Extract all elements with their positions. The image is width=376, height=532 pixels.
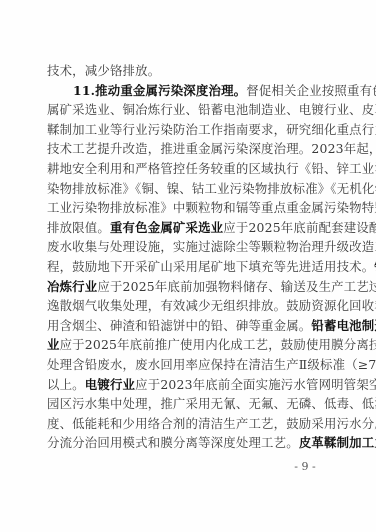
text-line: 属矿采选业、铜冶炼行业、铅蓄电池制造业、电镀行业、皮革: [47, 100, 322, 120]
body-text-span: 用含烟尘、砷渣和铅滤饼中的铅、砷等重金属。: [47, 318, 311, 333]
body-text-span: 督促相关企业按照重有色金: [246, 83, 376, 98]
body-text-span: 应于2025年底前配套建设酸性: [223, 220, 376, 235]
body-text-span: 程，鼓励地下开采矿山采用尾矿地下填充等先进适用技术。: [47, 259, 374, 274]
bold-heading-text: 重有色金属矿采选业: [110, 220, 223, 235]
text-line: 园区污水集中处理，推广采用无氰、无氟、无磷、低毒、低浓: [47, 394, 322, 414]
body-text-span: 处理含铅废水，废水回用率应保持在清洁生产Ⅱ级标准（≥70%）: [47, 357, 376, 372]
text-line: 废水收集与处理设施，实施过滤除尘等颗粒物治理升级改造工: [47, 237, 322, 257]
text-line: 用含烟尘、砷渣和铅滤饼中的铅、砷等重金属。铅蓄电池制造: [47, 316, 322, 336]
text-line: 处理含铅废水，废水回用率应保持在清洁生产Ⅱ级标准（≥70%）: [47, 355, 322, 375]
body-text-span: 以上。: [47, 377, 85, 392]
body-text-span: 染物排放标准》《铜、镍、钴工业污染物排放标准》《无机化学: [47, 181, 376, 196]
body-text-span: 工业污染物排放标准》中颗粒物和镉等重点重金属污染物特别: [47, 200, 376, 215]
text-line: 分流分治回用模式和膜分离等深度处理工艺。皮革鞣制加工业: [47, 433, 322, 453]
text-line: 以上。电镀行业应于2023年底前全面实施污水管网明管架空、: [47, 375, 322, 395]
body-text-span: 耕地安全利用和严格管控任务较重的区域执行《铅、锌工业污: [47, 161, 376, 176]
text-line: 逸散烟气收集处理，有效减少无组织排放。鼓励资源化回收利: [47, 296, 322, 316]
page-number: - 9 -: [285, 460, 325, 473]
text-line: 鞣制加工业等行业污染防治工作指南要求，研究细化重点行业: [47, 120, 322, 140]
bold-heading-text: 电镀行业: [85, 377, 135, 392]
body-text-span: 度、低能耗和少用络合剂的清洁生产工艺，鼓励采用污水分质: [47, 416, 376, 431]
body-text-span: 应于2023年底前全面实施污水管网明管架空、: [135, 377, 376, 392]
bold-heading-text: 业: [47, 337, 60, 352]
text-line: 技术，减少铬排放。: [47, 61, 322, 81]
text-line: 排放限值。重有色金属矿采选业应于2025年底前配套建设酸性: [47, 218, 322, 238]
body-text-span: 废水收集与处理设施，实施过滤除尘等颗粒物治理升级改造工: [47, 239, 376, 254]
text-line: 耕地安全利用和严格管控任务较重的区域执行《铅、锌工业污: [47, 159, 322, 179]
body-text-span: 应于2025年底前加强物料储存、输送及生产工艺过程: [97, 279, 376, 294]
bold-heading-text: 11.推动重金属污染深度治理。: [73, 83, 246, 98]
text-line: 冶炼行业应于2025年底前加强物料储存、输送及生产工艺过程: [47, 277, 322, 297]
document-page: 技术，减少铬排放。11.推动重金属污染深度治理。督促相关企业按照重有色金属矿采选…: [0, 0, 376, 532]
text-line: 工业污染物排放标准》中颗粒物和镉等重点重金属污染物特别: [47, 198, 322, 218]
bold-heading-text: 铅蓄电池制造: [311, 318, 376, 333]
text-line: 染物排放标准》《铜、镍、钴工业污染物排放标准》《无机化学: [47, 179, 322, 199]
body-text-span: 排放限值。: [47, 220, 110, 235]
body-text-span: 园区污水集中处理，推广采用无氰、无氟、无磷、低毒、低浓: [47, 396, 376, 411]
bold-heading-text: 皮革鞣制加工业: [299, 435, 376, 450]
body-text-span: 属矿采选业、铜冶炼行业、铅蓄电池制造业、电镀行业、皮革: [47, 102, 376, 117]
text-line: 度、低能耗和少用络合剂的清洁生产工艺，鼓励采用污水分质: [47, 414, 322, 434]
body-text-span: 鞣制加工业等行业污染防治工作指南要求，研究细化重点行业: [47, 122, 376, 137]
body-text-span: 技术，减少铬排放。: [47, 63, 160, 78]
body-text-span: 分流分治回用模式和膜分离等深度处理工艺。: [47, 435, 299, 450]
text-line: 程，鼓励地下开采矿山采用尾矿地下填充等先进适用技术。铜: [47, 257, 322, 277]
bold-heading-text: 冶炼行业: [47, 279, 97, 294]
text-line: 11.推动重金属污染深度治理。督促相关企业按照重有色金: [47, 81, 322, 101]
body-text-span: 应于2025年底前推广使用内化成工艺，鼓励使用膜分离技术: [60, 337, 376, 352]
body-text-span: 逸散烟气收集处理，有效减少无组织排放。鼓励资源化回收利: [47, 298, 376, 313]
body-text: 技术，减少铬排放。11.推动重金属污染深度治理。督促相关企业按照重有色金属矿采选…: [47, 61, 322, 453]
text-line: 业应于2025年底前推广使用内化成工艺，鼓励使用膜分离技术: [47, 335, 322, 355]
text-line: 技术工艺提升改造，推进重金属污染深度治理。2023年起，在: [47, 139, 322, 159]
body-text-span: 技术工艺提升改造，推进重金属污染深度治理。2023年起，在: [47, 141, 376, 156]
